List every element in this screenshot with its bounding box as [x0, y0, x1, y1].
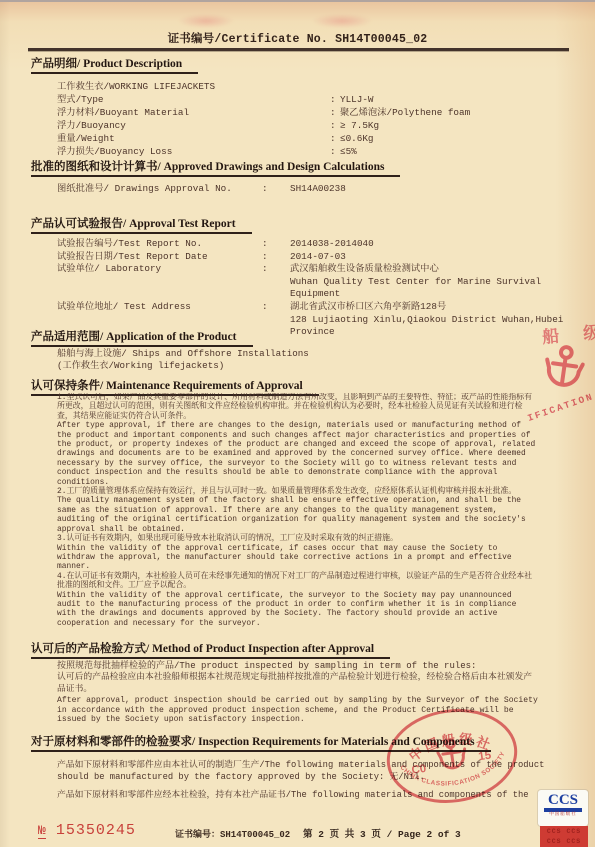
field-row: 试验报告日期/Test Report Date : 2014-07-03	[57, 251, 563, 264]
application-lines: 船舶与海上设施/ Ships and Offshore Installation…	[57, 348, 309, 371]
footer-page-indicator: 第 2 页 共 3 页 / Page 2 of 3	[303, 826, 461, 840]
certificate-number-line: 证书编号/Certificate No. SH14T00045_02	[0, 30, 595, 46]
inspection-method-intro: 按照规范每批抽样检验的产品/The product inspected by s…	[57, 658, 476, 671]
paragraph-zh: 4.在认可证书有效期内，本社检验人员可在未经事先通知的情况下对工厂的产品制造过程…	[57, 572, 537, 591]
certificate-page: 证书编号/Certificate No. SH14T00045_02 产品明细/…	[0, 0, 595, 847]
application-line: (工作救生衣/Working lifejackets)	[57, 360, 309, 372]
field-label: 浮力材料/Buoyant Material	[57, 106, 330, 119]
header-rule	[28, 48, 569, 51]
serial-prefix: №	[38, 823, 46, 839]
field-row: 图纸批准号/ Drawings Approval No. : SH14A0023…	[57, 182, 346, 195]
stamp-left-code: C0	[411, 763, 427, 777]
field-value: 2014038-2014040	[290, 238, 374, 251]
field-row: 型式/Type : YLLJ-W	[57, 93, 470, 106]
field-row: 重量/Weight : ≤0.6Kg	[57, 132, 470, 145]
paragraph-zh: 1.型式认可后，如果产品及其重要零部件的设计、所用材料或制造方法有所改变，且影响…	[57, 393, 537, 421]
field-label: 型式/Type	[57, 93, 330, 106]
footer-cert-number: 证书编号：SH14T00045_02	[175, 827, 290, 840]
field-row: 浮力损失/Buoyancy Loss : ≤5%	[57, 145, 470, 158]
field-value: 武汉船舶救生设备质量检验测试中心 Wuhan Quality Test Cent…	[290, 263, 541, 301]
field-label: 图纸批准号/ Drawings Approval No.	[57, 182, 262, 195]
paragraph-en: Within the validity of the approval cert…	[57, 591, 537, 629]
stamp-right-code: 15	[478, 750, 493, 764]
field-label: 重量/Weight	[57, 132, 330, 145]
faint-stamp-smudge	[312, 14, 372, 28]
paragraph-zh: 认可后的产品检验应由本社验船师根据本社规范规定每批抽样按批准的产品检验计划进行检…	[57, 672, 539, 695]
field-value: 2014-07-03	[290, 251, 346, 264]
section-title-inspection-method: 认可后的产品检验方式/ Method of Product Inspection…	[31, 640, 390, 659]
faint-stamp-smudge	[178, 14, 234, 28]
paragraph-en: The quality management system of the fac…	[57, 496, 537, 534]
anchor-icon	[541, 341, 588, 396]
edge-classification-stamp: 船 级 IFICATION	[530, 318, 595, 436]
paragraph-en: Within the validity of the approval cert…	[57, 544, 537, 572]
field-row: 试验报告编号/Test Report No. : 2014038-2014040	[57, 238, 563, 251]
maintenance-text: 1.型式认可后，如果产品及其重要零部件的设计、所用材料或制造方法有所改变，且影响…	[57, 393, 537, 640]
field-label: 工作救生衣/WORKING LIFEJACKETS	[57, 80, 330, 93]
field-row: 浮力/Buoyancy : ≥ 7.5Kg	[57, 119, 470, 132]
paragraph-zh: 3.认可证书有效期内，如果出现可能导致本社取消认可的情况，工厂应及时采取有效的纠…	[57, 534, 537, 543]
approved-drawings-rows: 图纸批准号/ Drawings Approval No. : SH14A0023…	[57, 182, 346, 195]
serial-number: №15350245	[38, 822, 136, 839]
field-value: ≤5%	[340, 145, 357, 158]
field-value: 聚乙烯泡沫/Polythene foam	[340, 106, 470, 119]
paragraph-zh: 2.工厂的质量管理体系应保持有效运行，并且与认可时一致。如果质量管理体系发生改变…	[57, 487, 537, 496]
security-pattern-line: CCS CCS	[540, 838, 588, 846]
field-label: 试验单位/ Laboratory	[57, 263, 262, 276]
paragraph-en: After type approval, if there are change…	[57, 421, 537, 487]
field-value: ≥ 7.5Kg	[340, 119, 379, 132]
test-report-rows: 试验报告编号/Test Report No. : 2014038-2014040…	[57, 238, 563, 339]
field-value: 湖北省武汉市桥口区六角亭新路128号 128 Lujiaoting Xinlu,…	[290, 301, 563, 339]
field-label: 试验单位地址/ Test Address	[57, 301, 262, 314]
serial-digits: 15350245	[56, 822, 136, 839]
field-label: 试验报告编号/Test Report No.	[57, 238, 262, 251]
section-title-test-report: 产品认可试验报告/ Approval Test Report	[31, 215, 252, 234]
ccs-logo-subtext: 中国船级社	[538, 812, 588, 818]
ccs-logo-text: CCS	[538, 792, 588, 808]
ccs-oval-stamp: 中国船级社 CHINA CLASSIFICATION SOCIETY C0 15	[377, 697, 528, 815]
field-row: 试验单位/ Laboratory : 武汉船舶救生设备质量检验测试中心 Wuha…	[57, 263, 563, 301]
field-row: 工作救生衣/WORKING LIFEJACKETS	[57, 80, 470, 93]
section-title-approved-drawings: 批准的图纸和设计计算书/ Approved Drawings and Desig…	[31, 158, 400, 177]
field-label: 浮力/Buoyancy	[57, 119, 330, 132]
field-label: 试验报告日期/Test Report Date	[57, 251, 262, 264]
field-label: 浮力损失/Buoyancy Loss	[57, 145, 330, 158]
security-pattern-box: CCS CCS CCS CCS	[540, 826, 588, 847]
section-title-application: 产品适用范围/ Application of the Product	[31, 328, 253, 347]
section-title-product-description: 产品明细/ Product Description	[31, 55, 198, 74]
stamp-arc-text: IFICATION	[526, 391, 595, 424]
field-value: YLLJ-W	[340, 93, 373, 106]
product-description-rows: 工作救生衣/WORKING LIFEJACKETS 型式/Type : YLLJ…	[57, 80, 470, 158]
field-value: SH14A00238	[290, 182, 346, 195]
security-pattern-line: CCS CCS	[540, 828, 588, 836]
field-row: 浮力材料/Buoyant Material : 聚乙烯泡沫/Polythene …	[57, 106, 470, 119]
field-value: ≤0.6Kg	[340, 132, 373, 145]
ccs-logo: CCS 中国船级社	[538, 790, 588, 826]
application-line: 船舶与海上设施/ Ships and Offshore Installation…	[57, 348, 309, 360]
